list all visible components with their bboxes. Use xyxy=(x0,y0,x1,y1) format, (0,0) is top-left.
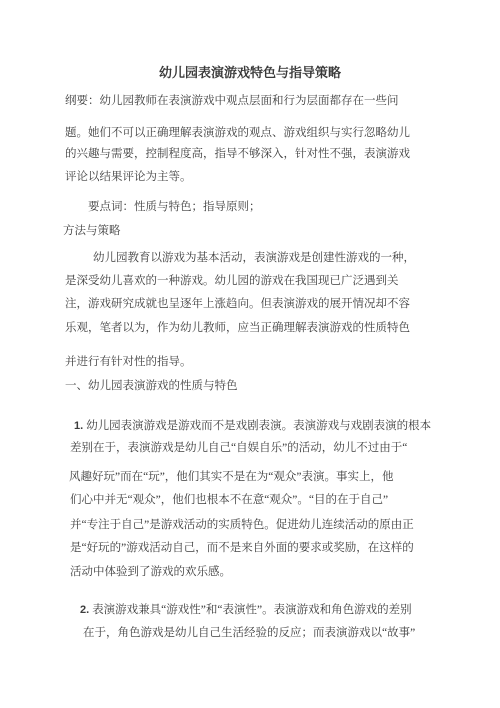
keywords-line: 要点词：性质与特色；指导原则； xyxy=(88,199,261,215)
point-1-line-7: 活动中体验到了游戏的欢乐感。 xyxy=(70,564,231,580)
document-title: 幼儿园表演游戏特色与指导策略 xyxy=(0,64,500,81)
point-1-line-5: 并“专注于自己”是游戏活动的实质特色。促进幼儿连续活动的原由正 xyxy=(70,517,414,533)
intro-line-4: 乐观，笔者以为，作为幼儿教师，应当正确理解表演游戏的性质特色 xyxy=(65,320,410,336)
point-1-line-4: 们心中并无“观众”，他们也根本不在意“观众”。“目的在于自己” xyxy=(70,492,388,508)
intro-line-1: 幼儿园教育以游戏为基本活动，表演游戏是创建性游戏的一种， xyxy=(93,250,415,266)
point-1-line-3: 风趣好玩”而在“玩”，他们其实不是在为“观众”表演。事实上，他 xyxy=(69,469,394,485)
point-1-line-2: 差别在于，表演游戏是幼儿自己“自娱自乐”的活动，幼儿不过由于“ xyxy=(70,440,407,456)
point-2-line-1: 2.表演游戏兼具“游戏性”和“表演性”。表演游戏和角色游戏的差别 xyxy=(80,602,412,618)
point-1-line-6: 是“好玩的”游戏活动自己，而不是来自外面的要求或奖励，在这样的 xyxy=(70,540,414,556)
abstract-line-3: 的兴趣与需要，控制程度高，指导不够深入，针对性不强，表演游戏 xyxy=(65,146,410,162)
intro-line-2: 是深受幼儿喜欢的一种游戏。幼儿园的游戏在我国现已广泛遇到关 xyxy=(65,273,399,289)
point-1-line-1: 1.幼儿园表演游戏是游戏而不是戏剧表演。表演游戏与戏剧表演的根本 xyxy=(74,418,431,434)
intro-line-3: 注，游戏研究成就也呈逐年上涨趋向。但表演游戏的展开情况却不容 xyxy=(65,296,410,312)
abstract-line-4: 评论以结果评论为主等。 xyxy=(65,169,192,185)
abstract-line-2: 题。她们不可以正确理解表演游戏的观点、游戏组织与实行忽略幼儿 xyxy=(65,125,410,141)
list-number-1: 1. xyxy=(74,420,83,432)
keywords-line-2: 方法与策略 xyxy=(63,223,121,239)
intro-line-5: 并进行有针对性的指导。 xyxy=(65,354,192,370)
document-page: 幼儿园表演游戏特色与指导策略 纲要：幼儿园教师在表演游戏中观点层面和行为层面都存… xyxy=(0,0,500,708)
point-1-text: 幼儿园表演游戏是游戏而不是戏剧表演。表演游戏与戏剧表演的根本 xyxy=(86,420,431,432)
point-2-text: 表演游戏兼具“游戏性”和“表演性”。表演游戏和角色游戏的差别 xyxy=(92,604,411,616)
list-number-2: 2. xyxy=(80,604,89,616)
section-heading-1: 一、幼儿园表演游戏的性质与特色 xyxy=(65,378,238,394)
abstract-line-1: 纲要：幼儿园教师在表演游戏中观点层面和行为层面都存在一些问 xyxy=(65,93,399,109)
point-2-line-2: 在于，角色游戏是幼儿自己生活经验的反应；而表演游戏以“故事” xyxy=(83,625,415,641)
